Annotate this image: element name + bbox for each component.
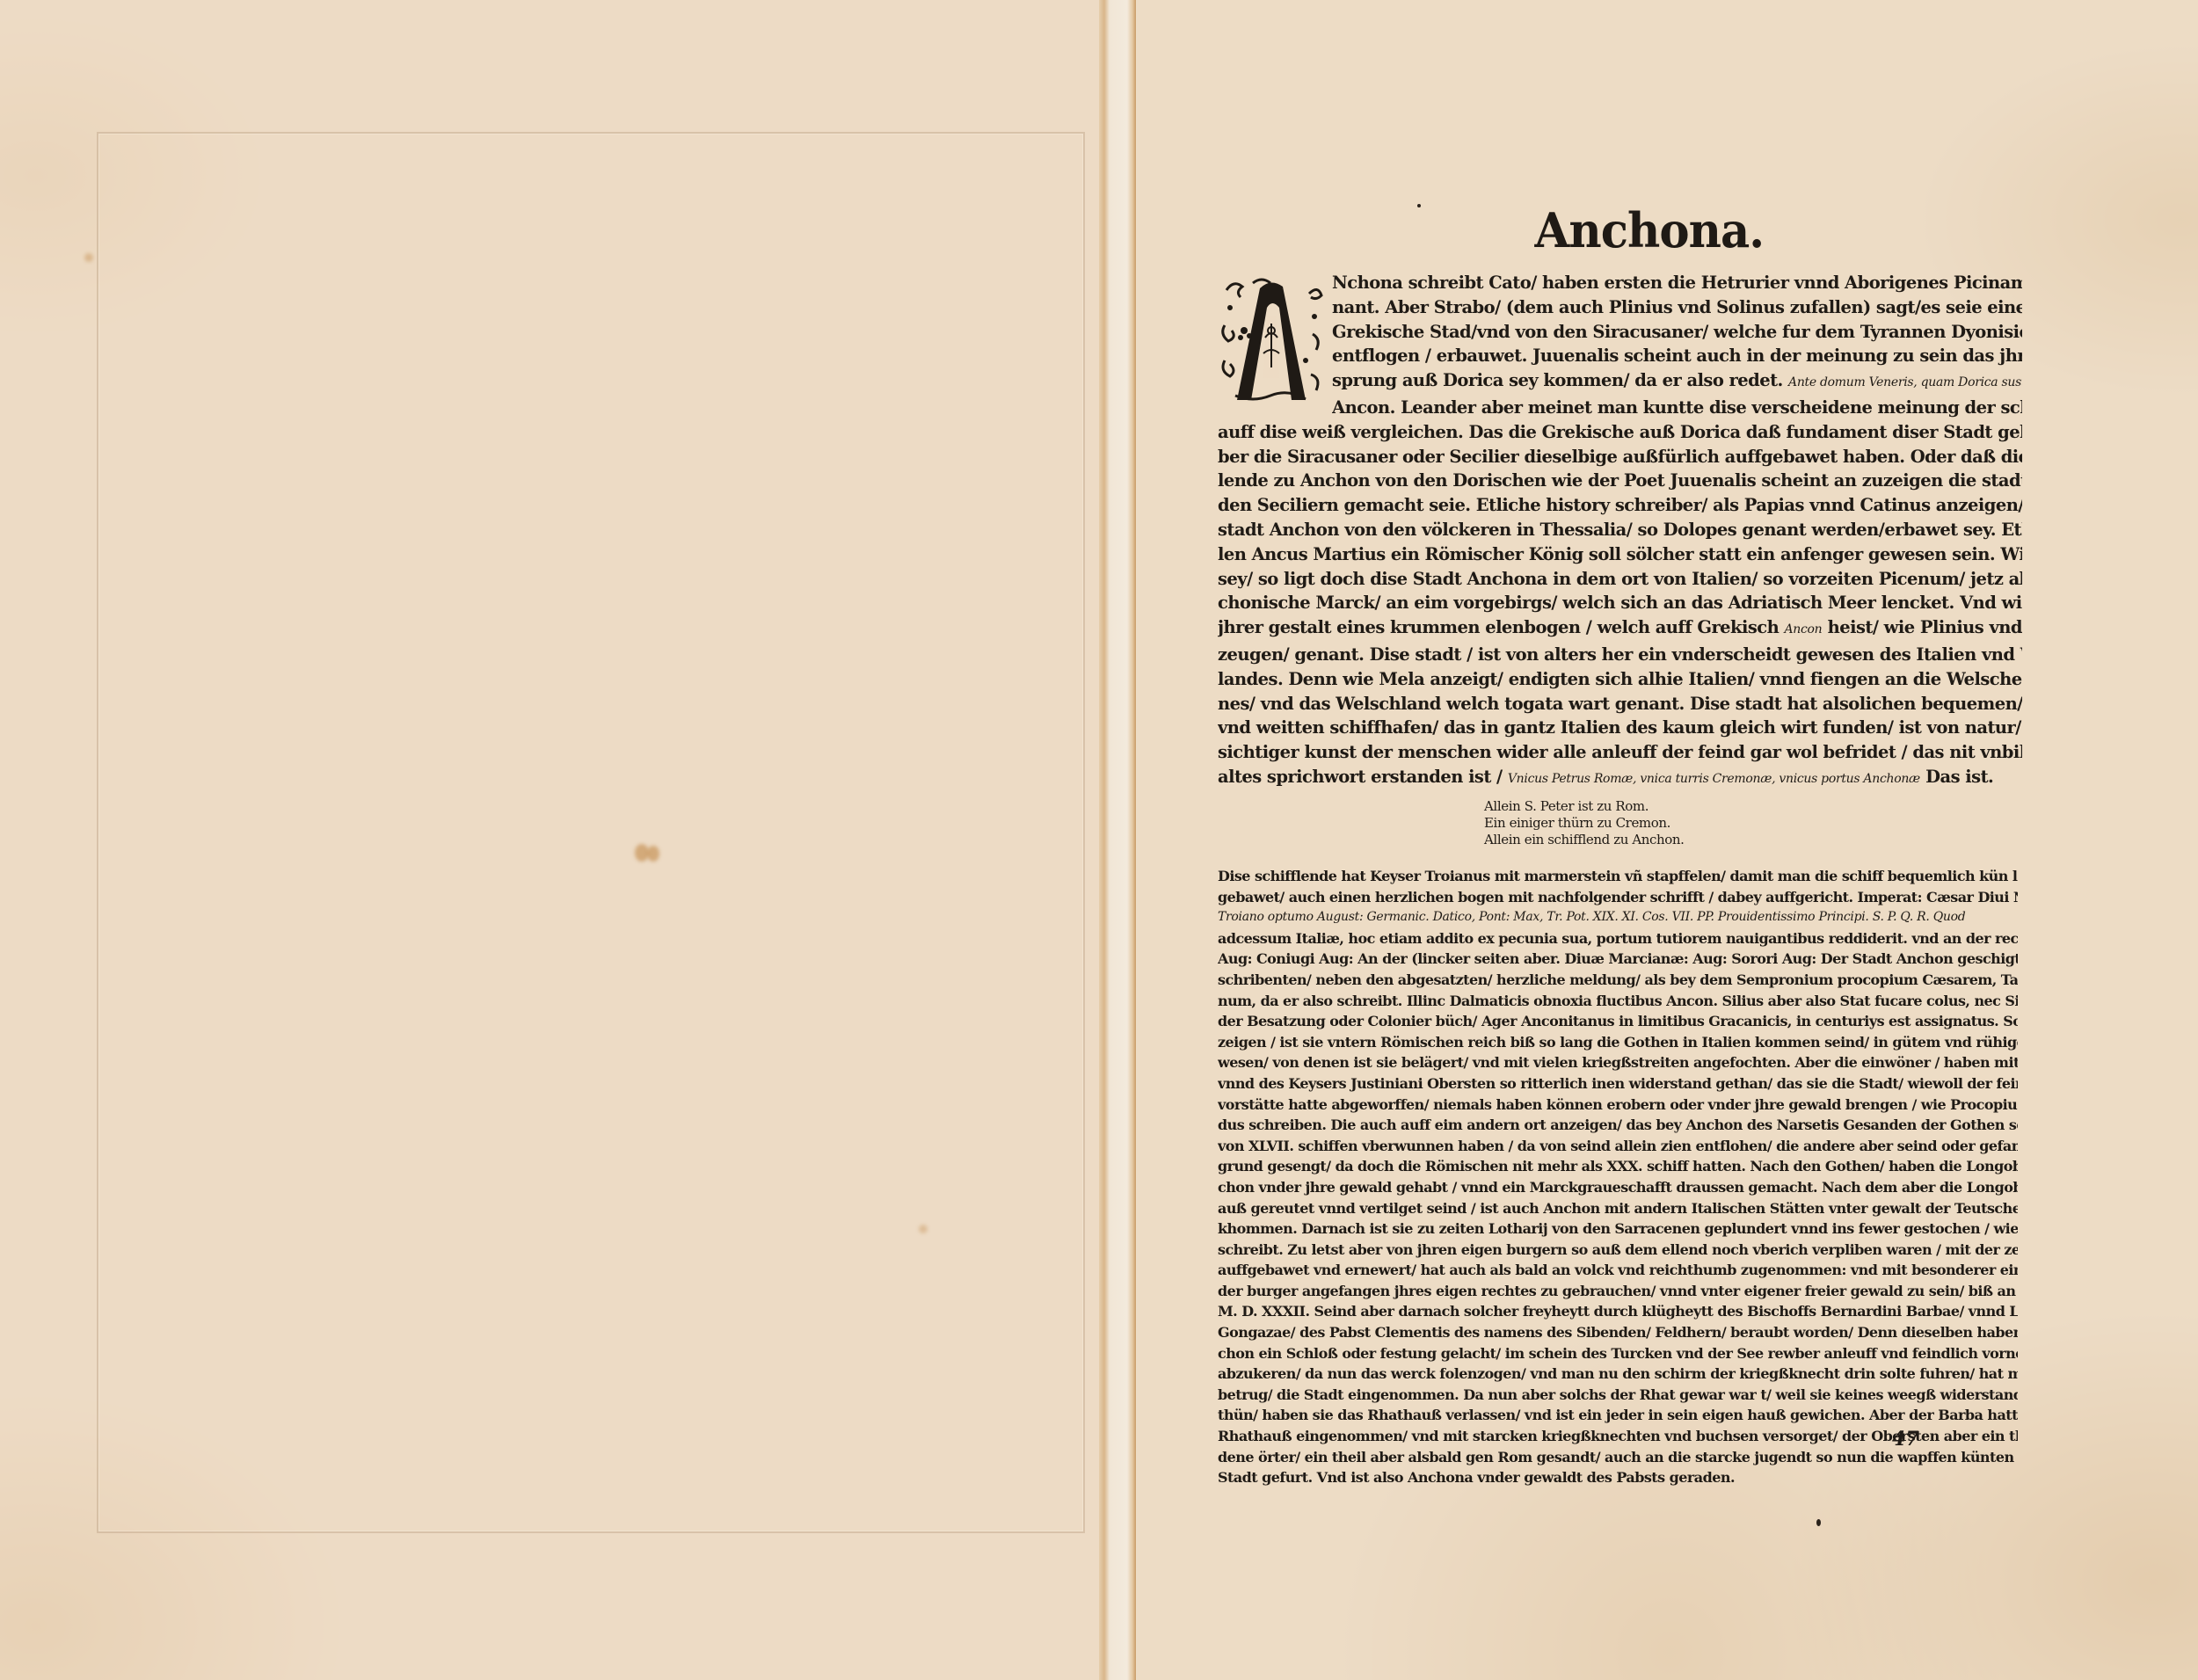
- foxing-stain: [647, 846, 659, 862]
- proverb-verse: Allein S. Peter ist zu Rom. Ein einiger …: [1484, 798, 1748, 848]
- text-line: nant. Aber Strabo/ (dem auch Plinius vnd…: [1332, 295, 2022, 320]
- text-line: Ancon. Leander aber meinet man kuntte di…: [1332, 396, 2022, 420]
- text-line: auß gereutet vnnd vertilget seind / ist …: [1218, 1198, 2018, 1219]
- text-line: gebawet/ auch einen herzlichen bogen mit…: [1218, 887, 2018, 908]
- text-line: stadt Anchon von den völckeren in Thessa…: [1218, 518, 2022, 542]
- text-line: chonische Marck/ an eim vorgebirgs/ welc…: [1218, 591, 2022, 615]
- text-line: chon ein Schloß oder festung gelacht/ im…: [1218, 1343, 2018, 1364]
- text-line: Nchona schreibt Cato/ haben ersten die H…: [1332, 271, 2022, 295]
- text-line: der Besatzung oder Colonier büch/ Ager A…: [1218, 1011, 2018, 1032]
- text-line: sichtiger kunst der menschen wider alle …: [1218, 740, 2022, 765]
- book-spine-gutter: [1099, 0, 1136, 1680]
- text-segment: sprung auß Dorica sey kommen/ da er also…: [1332, 370, 1783, 390]
- text-line: thün/ haben sie das Rhathauß verlassen/ …: [1218, 1405, 2018, 1426]
- foxing-stain: [919, 1225, 928, 1233]
- ink-speck: [1816, 1519, 1821, 1526]
- text-segment: jhrer gestalt eines krummen elenbogen / …: [1218, 617, 1779, 637]
- paragraph-main: Nchona schreibt Cato/ haben ersten die H…: [1218, 271, 2022, 792]
- text-line: von XLVII. schiffen vberwunnen haben / d…: [1218, 1136, 2018, 1157]
- text-line: auffgebawet vnd ernewert/ hat auch als b…: [1218, 1260, 2018, 1281]
- text-line: sey/ so ligt doch dise Stadt Anchona in …: [1218, 567, 2022, 592]
- text-line: landes. Denn wie Mela anzeigt/ endigten …: [1218, 667, 2022, 692]
- text-line: num, da er also schreibt. Illinc Dalmati…: [1218, 991, 2018, 1012]
- text-line: Aug: Coniugi Aug: An der (lincker seiten…: [1218, 949, 2018, 970]
- page-number: 47: [1892, 1428, 1919, 1451]
- text-line: vnd weitten schiffhafen/ das in gantz It…: [1218, 716, 2022, 740]
- paragraph-second: Dise schifflende hat Keyser Troianus mit…: [1218, 866, 2018, 1488]
- text-line: vorstätte hatte abgeworffen/ niemals hab…: [1218, 1095, 2018, 1116]
- text-line: chon vnder jhre gewald gehabt / vnnd ein…: [1218, 1177, 2018, 1198]
- text-line: ber die Siracusaner oder Secilier diesel…: [1218, 445, 2022, 469]
- text-line: Stadt gefurt. Vnd ist also Anchona vnder…: [1218, 1467, 2018, 1488]
- text-line: Dise schifflende hat Keyser Troianus mit…: [1218, 866, 2018, 887]
- text-line: der burger angefangen jhres eigen rechte…: [1218, 1281, 2018, 1302]
- text-line: len Ancus Martius ein Römischer König so…: [1218, 542, 2022, 567]
- latin-quote: Ante domum Veneris, quam Dorica sustinet: [1788, 375, 2022, 389]
- text-segment: altes sprichwort erstanden ist /: [1218, 767, 1503, 787]
- text-line: nes/ vnd das Welschland welch togata war…: [1218, 692, 2022, 716]
- text-line: Grekische Stad/vnd von den Siracusaner/ …: [1332, 320, 2022, 345]
- text-line: abzukeren/ da nun das werck folenzogen/ …: [1218, 1364, 2018, 1385]
- text-line: wesen/ von denen ist sie belägert/ vnd m…: [1218, 1052, 2018, 1073]
- text-segment: Das ist.: [1925, 767, 1993, 787]
- page-title: Anchona.: [1535, 202, 1719, 258]
- text-line: den Seciliern gemacht seie. Etliche hist…: [1218, 493, 2022, 518]
- text-line: adcessum Italiæ, hoc etiam addito ex pec…: [1218, 928, 2018, 949]
- foxing-stain: [84, 253, 93, 262]
- latin-word: Ancon: [1784, 622, 1822, 636]
- text-line: dus schreiben. Die auch auff eim andern …: [1218, 1115, 2018, 1136]
- text-line: zeigen / ist sie vntern Römischen reich …: [1218, 1032, 2018, 1053]
- text-line: auff dise weiß vergleichen. Das die Grek…: [1218, 420, 2022, 445]
- decorated-initial-a-icon: [1218, 273, 1323, 404]
- latin-proverb: Vnicus Petrus Romæ, vnica turris Cremonæ…: [1508, 772, 1920, 786]
- text-line: entflogen / erbauwet. Juuenalis scheint …: [1332, 344, 2022, 368]
- text-line: Troiano optumo August: Germanic. Datico,…: [1218, 907, 2018, 928]
- left-page-blank: [0, 0, 1108, 1680]
- text-line: M. D. XXXII. Seind aber darnach solcher …: [1218, 1301, 2018, 1322]
- text-line: schribenten/ neben den abgesatzten/ herz…: [1218, 970, 2018, 991]
- text-line: vnnd des Keysers Justiniani Obersten so …: [1218, 1073, 2018, 1095]
- text-line: khommen. Darnach ist sie zu zeiten Lotha…: [1218, 1218, 2018, 1240]
- text-line: lende zu Anchon von den Dorischen wie de…: [1218, 469, 2022, 493]
- ink-speck: [1417, 204, 1421, 207]
- text-line: sprung auß Dorica sey kommen/ da er also…: [1332, 368, 2022, 396]
- text-line: grund gesengt/ da doch die Römischen nit…: [1218, 1156, 2018, 1177]
- text-line: schreibt. Zu letst aber von jhren eigen …: [1218, 1240, 2018, 1261]
- text-line: zeugen/ genant. Dise stadt / ist von alt…: [1218, 643, 2022, 667]
- left-plate-mark: [97, 132, 1085, 1533]
- book-spread: Anchona.: [0, 0, 2198, 1680]
- text-line: altes sprichwort erstanden ist / Vnicus …: [1218, 765, 2022, 792]
- text-line: betrug/ die Stadt eingenommen. Da nun ab…: [1218, 1385, 2018, 1406]
- verse-line: Ein einiger thürn zu Cremon.: [1484, 815, 1748, 832]
- verse-line: Allein ein schifflend zu Anchon.: [1484, 832, 1748, 848]
- verse-line: Allein S. Peter ist zu Rom.: [1484, 798, 1748, 815]
- text-line: Gongazae/ des Pabst Clementis des namens…: [1218, 1322, 2018, 1343]
- ornamental-drop-cap: [1218, 273, 1323, 404]
- text-line: jhrer gestalt eines krummen elenbogen / …: [1218, 615, 2022, 643]
- text-segment: heist/ wie Plinius vnd Mela be-: [1828, 617, 2022, 637]
